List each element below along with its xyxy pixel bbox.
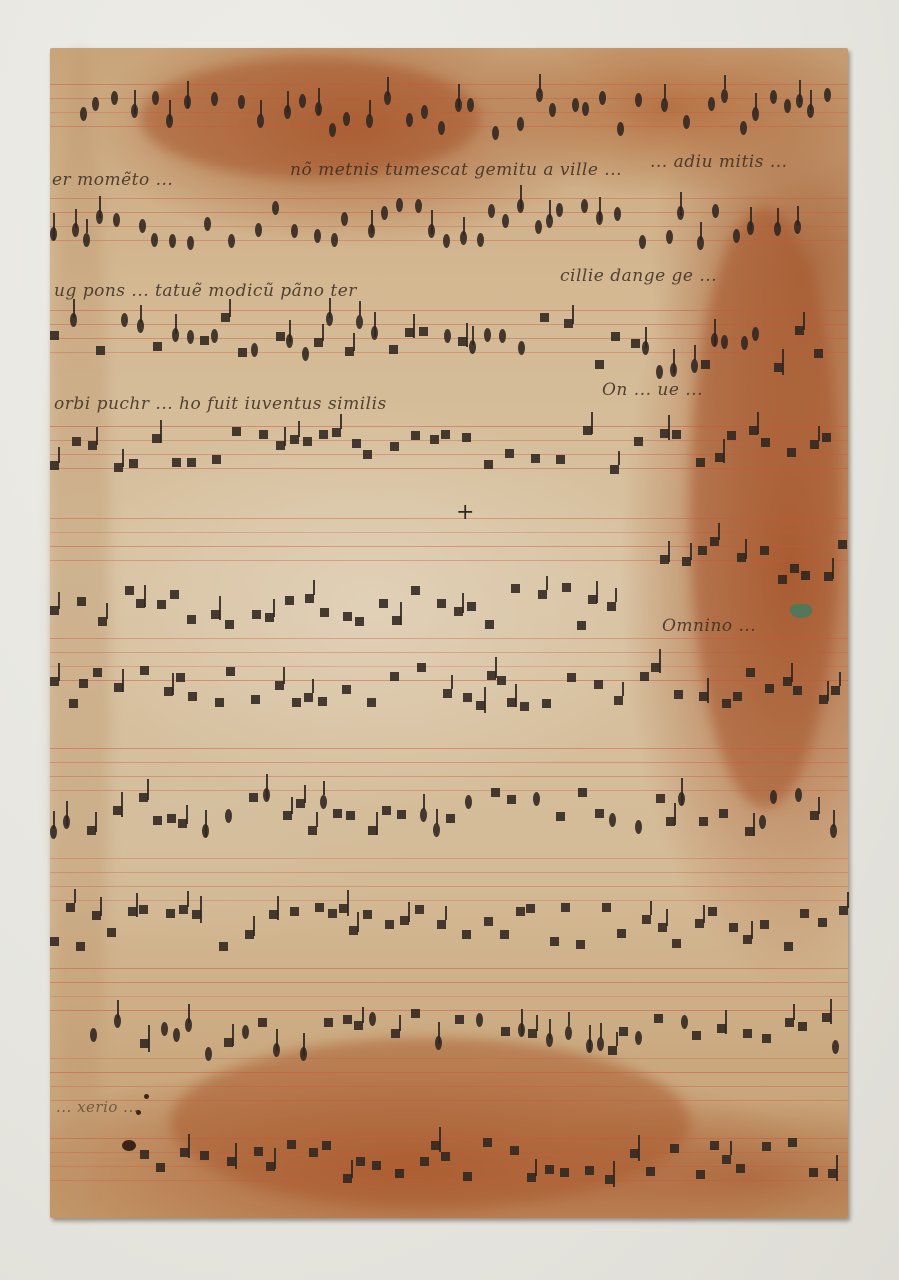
note-stem [718, 523, 720, 540]
rhombic-note-icon [173, 1028, 180, 1042]
square-note-icon [831, 686, 840, 695]
note-stem [793, 1004, 795, 1020]
note-stem [253, 916, 255, 936]
note-stem [287, 91, 289, 112]
square-note-icon [467, 602, 476, 611]
rhombic-note-icon [329, 123, 336, 137]
square-note-icon [77, 597, 86, 606]
note-stem [73, 299, 75, 318]
note-stem [298, 421, 300, 437]
manuscript-leaf: er momẽto ... nõ metnis tumescat gemitu … [50, 48, 848, 1218]
note-stem [175, 314, 177, 334]
rhombic-note-icon [396, 198, 403, 212]
staff-rule [50, 198, 848, 199]
rhombic-note-icon [415, 199, 422, 213]
square-note-icon [545, 1165, 554, 1174]
text-line-1-middle: nõ metnis tumescat gemitu a ville ... [290, 160, 622, 180]
note-stem [596, 581, 598, 603]
square-note-icon [542, 699, 551, 708]
rhombic-note-icon [465, 795, 472, 809]
note-stem [413, 314, 415, 338]
square-note-icon [560, 1168, 569, 1177]
note-stem [750, 207, 752, 230]
square-note-icon [818, 918, 827, 927]
square-note-icon [187, 615, 196, 624]
note-stem [232, 1024, 234, 1046]
note-stem [745, 539, 747, 559]
note-stem [374, 312, 376, 337]
square-note-icon [642, 915, 651, 924]
note-stem [96, 427, 98, 445]
staff-rule [50, 468, 848, 469]
note-stem [187, 891, 189, 907]
note-stem [312, 679, 314, 693]
square-note-icon [200, 1151, 209, 1160]
square-note-icon [258, 1018, 267, 1027]
note-stem [58, 447, 60, 463]
square-note-icon [788, 1138, 797, 1147]
note-stem [284, 427, 286, 446]
note-stem [147, 779, 149, 800]
square-note-icon [96, 346, 105, 355]
note-stem [484, 687, 486, 713]
square-note-icon [814, 349, 823, 358]
square-note-icon [483, 1138, 492, 1147]
square-note-icon [305, 594, 314, 603]
square-note-icon [50, 331, 59, 340]
square-note-icon [319, 430, 328, 439]
square-note-icon [784, 942, 793, 951]
square-note-icon [324, 1018, 333, 1027]
square-note-icon [372, 1161, 381, 1170]
rhombic-note-icon [83, 233, 90, 247]
note-stem [273, 599, 275, 617]
rhombic-note-icon [635, 93, 642, 107]
square-note-icon [699, 817, 708, 826]
square-note-icon [511, 584, 520, 593]
square-note-icon [491, 788, 500, 797]
green-initial-decoration [790, 604, 812, 618]
square-note-icon [346, 811, 355, 820]
note-stem [274, 1148, 276, 1169]
staff-rule [50, 1180, 848, 1181]
note-stem [466, 323, 468, 347]
rhombic-note-icon [152, 91, 159, 105]
rhombic-note-icon [492, 126, 499, 140]
rhombic-note-icon [683, 115, 690, 129]
square-note-icon [672, 430, 681, 439]
square-note-icon [290, 907, 299, 916]
rhombic-note-icon [502, 214, 509, 228]
square-note-icon [761, 438, 770, 447]
note-stem [797, 206, 799, 225]
rhombic-note-icon [535, 220, 542, 234]
staff-rule [50, 762, 848, 763]
rhombic-note-icon [381, 206, 388, 220]
worm-hole [144, 1094, 149, 1099]
square-note-icon [441, 1152, 450, 1161]
square-note-icon [140, 1150, 149, 1159]
rhombic-note-icon [740, 121, 747, 135]
staff-rule [50, 776, 848, 777]
square-note-icon [342, 685, 351, 694]
square-note-icon [156, 1163, 165, 1172]
square-note-icon [510, 1146, 519, 1155]
square-note-icon [672, 939, 681, 948]
rhombic-note-icon [443, 234, 450, 248]
square-note-icon [696, 1170, 705, 1179]
note-stem [318, 88, 320, 114]
square-note-icon [219, 942, 228, 951]
square-note-icon [801, 571, 810, 580]
note-stem [187, 81, 189, 108]
square-note-icon [778, 575, 787, 584]
rhombic-note-icon [721, 89, 728, 103]
rhombic-note-icon [438, 121, 445, 135]
note-stem [833, 810, 835, 827]
note-stem [539, 74, 541, 93]
square-note-icon [540, 313, 549, 322]
rhombic-note-icon [242, 1025, 249, 1039]
rhombic-note-icon [343, 112, 350, 126]
staff-rule [50, 1058, 848, 1059]
note-stem [674, 803, 676, 825]
square-note-icon [631, 339, 640, 348]
note-stem [160, 420, 162, 443]
rhombic-note-icon [499, 329, 506, 343]
square-note-icon [793, 686, 802, 695]
note-stem [725, 1010, 727, 1034]
rhombic-note-icon [251, 343, 258, 357]
note-stem [668, 415, 670, 440]
rhombic-note-icon [444, 329, 451, 343]
note-stem [836, 1155, 838, 1181]
text-line-1-left: er momẽto ... [52, 170, 173, 190]
square-note-icon [417, 663, 426, 672]
note-stem [462, 593, 464, 613]
note-stem [664, 84, 666, 100]
square-note-icon [437, 920, 446, 929]
rhombic-note-icon [92, 97, 99, 111]
note-stem [169, 100, 171, 121]
square-note-icon [308, 826, 317, 835]
note-stem [515, 684, 517, 707]
square-note-icon [455, 1015, 464, 1024]
cross-mark: + [456, 500, 474, 525]
note-stem [690, 543, 692, 560]
rhombic-note-icon [433, 823, 440, 837]
square-note-icon [153, 816, 162, 825]
square-note-icon [619, 1027, 628, 1036]
square-note-icon [617, 929, 626, 938]
rhombic-note-icon [211, 329, 218, 343]
staff-rule [50, 638, 848, 639]
note-stem [799, 80, 801, 102]
square-note-icon [501, 1027, 510, 1036]
note-stem [399, 1015, 401, 1031]
square-note-icon [390, 442, 399, 451]
square-note-icon [485, 620, 494, 629]
square-note-icon [367, 698, 376, 707]
rhombic-note-icon [635, 1031, 642, 1045]
note-stem [362, 1007, 364, 1023]
square-note-icon [507, 795, 516, 804]
note-stem [777, 208, 779, 226]
note-stem [753, 813, 755, 836]
note-stem [140, 305, 142, 323]
stain [690, 208, 840, 808]
staff-rule [50, 352, 848, 353]
note-stem [322, 324, 324, 341]
square-note-icon [674, 690, 683, 699]
note-stem [376, 812, 378, 835]
note-stem [347, 890, 349, 916]
rhombic-note-icon [770, 790, 777, 804]
note-stem [673, 349, 675, 373]
staff-rule [50, 546, 848, 547]
staff-rule [50, 748, 848, 749]
square-note-icon [576, 940, 585, 949]
square-note-icon [646, 1167, 655, 1176]
rhombic-note-icon [331, 233, 338, 247]
note-stem [148, 1025, 150, 1052]
rhombic-note-icon [752, 327, 759, 341]
staff-rule [50, 666, 848, 667]
rhombic-note-icon [187, 330, 194, 344]
note-stem [134, 90, 136, 114]
note-stem [700, 222, 702, 240]
square-note-icon [497, 676, 506, 685]
square-note-icon [765, 684, 774, 693]
note-stem [589, 1025, 591, 1051]
note-stem [400, 602, 402, 625]
square-note-icon [729, 923, 738, 932]
note-stem [714, 319, 716, 346]
worm-hole [136, 1110, 141, 1115]
square-note-icon [614, 696, 623, 705]
note-stem [668, 541, 670, 562]
rhombic-note-icon [582, 102, 589, 116]
rhombic-note-icon [225, 809, 232, 823]
square-note-icon [607, 602, 616, 611]
square-note-icon [462, 433, 471, 442]
staff-rule [50, 996, 848, 997]
note-stem [276, 1029, 278, 1051]
staff-rule [50, 1166, 848, 1167]
square-note-icon [50, 937, 59, 946]
rhombic-note-icon [681, 1015, 688, 1029]
square-note-icon [787, 448, 796, 457]
square-note-icon [463, 1172, 472, 1181]
note-stem [568, 1012, 570, 1026]
note-stem [122, 669, 124, 692]
square-note-icon [708, 907, 717, 916]
rhombic-note-icon [488, 204, 495, 218]
square-note-icon [153, 342, 162, 351]
stain [50, 48, 110, 1218]
note-stem [219, 596, 221, 620]
square-note-icon [125, 586, 134, 595]
square-note-icon [500, 930, 509, 939]
square-note-icon [654, 1014, 663, 1023]
note-stem [616, 1032, 618, 1046]
square-note-icon [390, 672, 399, 681]
rhombic-note-icon [420, 808, 427, 822]
square-note-icon [822, 433, 831, 442]
square-note-icon [743, 1029, 752, 1038]
square-note-icon [556, 812, 565, 821]
rhombic-note-icon [151, 233, 158, 247]
square-note-icon [656, 794, 665, 803]
rhombic-note-icon [661, 98, 668, 112]
square-note-icon [701, 360, 710, 369]
square-note-icon [397, 810, 406, 819]
rhombic-note-icon [302, 347, 309, 361]
note-stem [423, 794, 425, 809]
square-note-icon [722, 1155, 731, 1164]
note-stem [599, 197, 601, 221]
note-stem [439, 1127, 441, 1152]
text-line-3-right: On ... ue ... [602, 380, 703, 400]
staff-rule [50, 84, 848, 85]
square-note-icon [254, 1147, 263, 1156]
rhombic-note-icon [533, 792, 540, 806]
rhombic-note-icon [484, 328, 491, 342]
square-note-icon [420, 1157, 429, 1166]
square-note-icon [172, 458, 181, 467]
rhombic-note-icon [406, 113, 413, 127]
rhombic-note-icon [556, 203, 563, 217]
note-stem [229, 299, 231, 317]
note-stem [521, 1009, 523, 1036]
square-note-icon [760, 546, 769, 555]
staff-rule [50, 680, 848, 681]
square-note-icon [379, 599, 388, 608]
square-note-icon [352, 439, 361, 448]
note-stem [445, 906, 447, 920]
text-line-5-left: ... xerio ... [56, 1098, 139, 1116]
note-stem [495, 657, 497, 678]
rhombic-note-icon [467, 98, 474, 112]
rhombic-note-icon [314, 229, 321, 243]
rhombic-note-icon [741, 336, 748, 350]
square-note-icon [462, 930, 471, 939]
square-note-icon [79, 679, 88, 688]
note-stem [313, 580, 315, 595]
rhombic-note-icon [784, 99, 791, 113]
note-stem [369, 100, 371, 117]
square-note-icon [746, 668, 755, 677]
square-note-icon [328, 909, 337, 918]
rhombic-note-icon [517, 117, 524, 131]
note-stem [200, 896, 202, 923]
note-stem [680, 192, 682, 216]
square-note-icon [157, 600, 166, 609]
note-stem [520, 185, 522, 209]
note-stem [847, 892, 849, 908]
staff-rule [50, 1010, 848, 1011]
text-line-2-right: cillie dange ge ... [560, 266, 717, 286]
square-note-icon [838, 540, 847, 549]
square-note-icon [670, 1144, 679, 1153]
staff-rule [50, 858, 848, 859]
rhombic-note-icon [90, 1028, 97, 1042]
note-stem [205, 810, 207, 837]
square-note-icon [238, 348, 247, 357]
note-stem [172, 673, 174, 695]
square-note-icon [430, 435, 439, 444]
rhombic-note-icon [320, 795, 327, 809]
square-note-icon [585, 1166, 594, 1175]
note-stem [818, 797, 820, 814]
staff-rule [50, 212, 848, 213]
note-stem [75, 209, 77, 228]
rhombic-note-icon [795, 788, 802, 802]
square-note-icon [437, 599, 446, 608]
note-stem [53, 213, 55, 240]
square-note-icon [762, 1034, 771, 1043]
rhombic-note-icon [617, 122, 624, 136]
note-stem [316, 812, 318, 827]
rhombic-note-icon [759, 815, 766, 829]
square-note-icon [259, 430, 268, 439]
rhombic-note-icon [113, 213, 120, 227]
square-note-icon [594, 680, 603, 689]
note-stem [438, 1022, 440, 1044]
staff-rule [50, 886, 848, 887]
square-note-icon [441, 430, 450, 439]
note-stem [827, 681, 829, 701]
note-stem [95, 812, 97, 832]
note-stem [144, 585, 146, 607]
note-stem [235, 1143, 237, 1169]
rhombic-note-icon [691, 359, 698, 373]
staff-rule [50, 900, 848, 901]
note-stem [353, 333, 355, 351]
note-stem [277, 896, 279, 920]
rhombic-note-icon [614, 207, 621, 221]
square-note-icon [608, 1046, 617, 1055]
square-note-icon [760, 920, 769, 929]
rhombic-note-icon [476, 1013, 483, 1027]
rhombic-note-icon [204, 217, 211, 231]
square-note-icon [226, 667, 235, 676]
rhombic-note-icon [609, 813, 616, 827]
note-stem [289, 320, 291, 342]
rhombic-note-icon [599, 91, 606, 105]
note-stem [106, 603, 108, 619]
note-stem [371, 210, 373, 233]
square-note-icon [303, 437, 312, 446]
square-note-icon [385, 920, 394, 929]
square-note-icon [727, 431, 736, 440]
rhombic-note-icon [238, 95, 245, 109]
note-stem [359, 301, 361, 316]
staff-rule [50, 872, 848, 873]
square-note-icon [810, 440, 819, 449]
note-stem [650, 901, 652, 915]
square-note-icon [578, 788, 587, 797]
square-note-icon [419, 327, 428, 336]
note-stem [694, 345, 696, 360]
square-note-icon [343, 612, 352, 621]
staff-rule [50, 1072, 848, 1073]
square-note-icon [309, 1148, 318, 1157]
rhombic-note-icon [257, 114, 264, 128]
square-note-icon [200, 336, 209, 345]
square-note-icon [395, 1169, 404, 1178]
note-stem [549, 1019, 551, 1039]
